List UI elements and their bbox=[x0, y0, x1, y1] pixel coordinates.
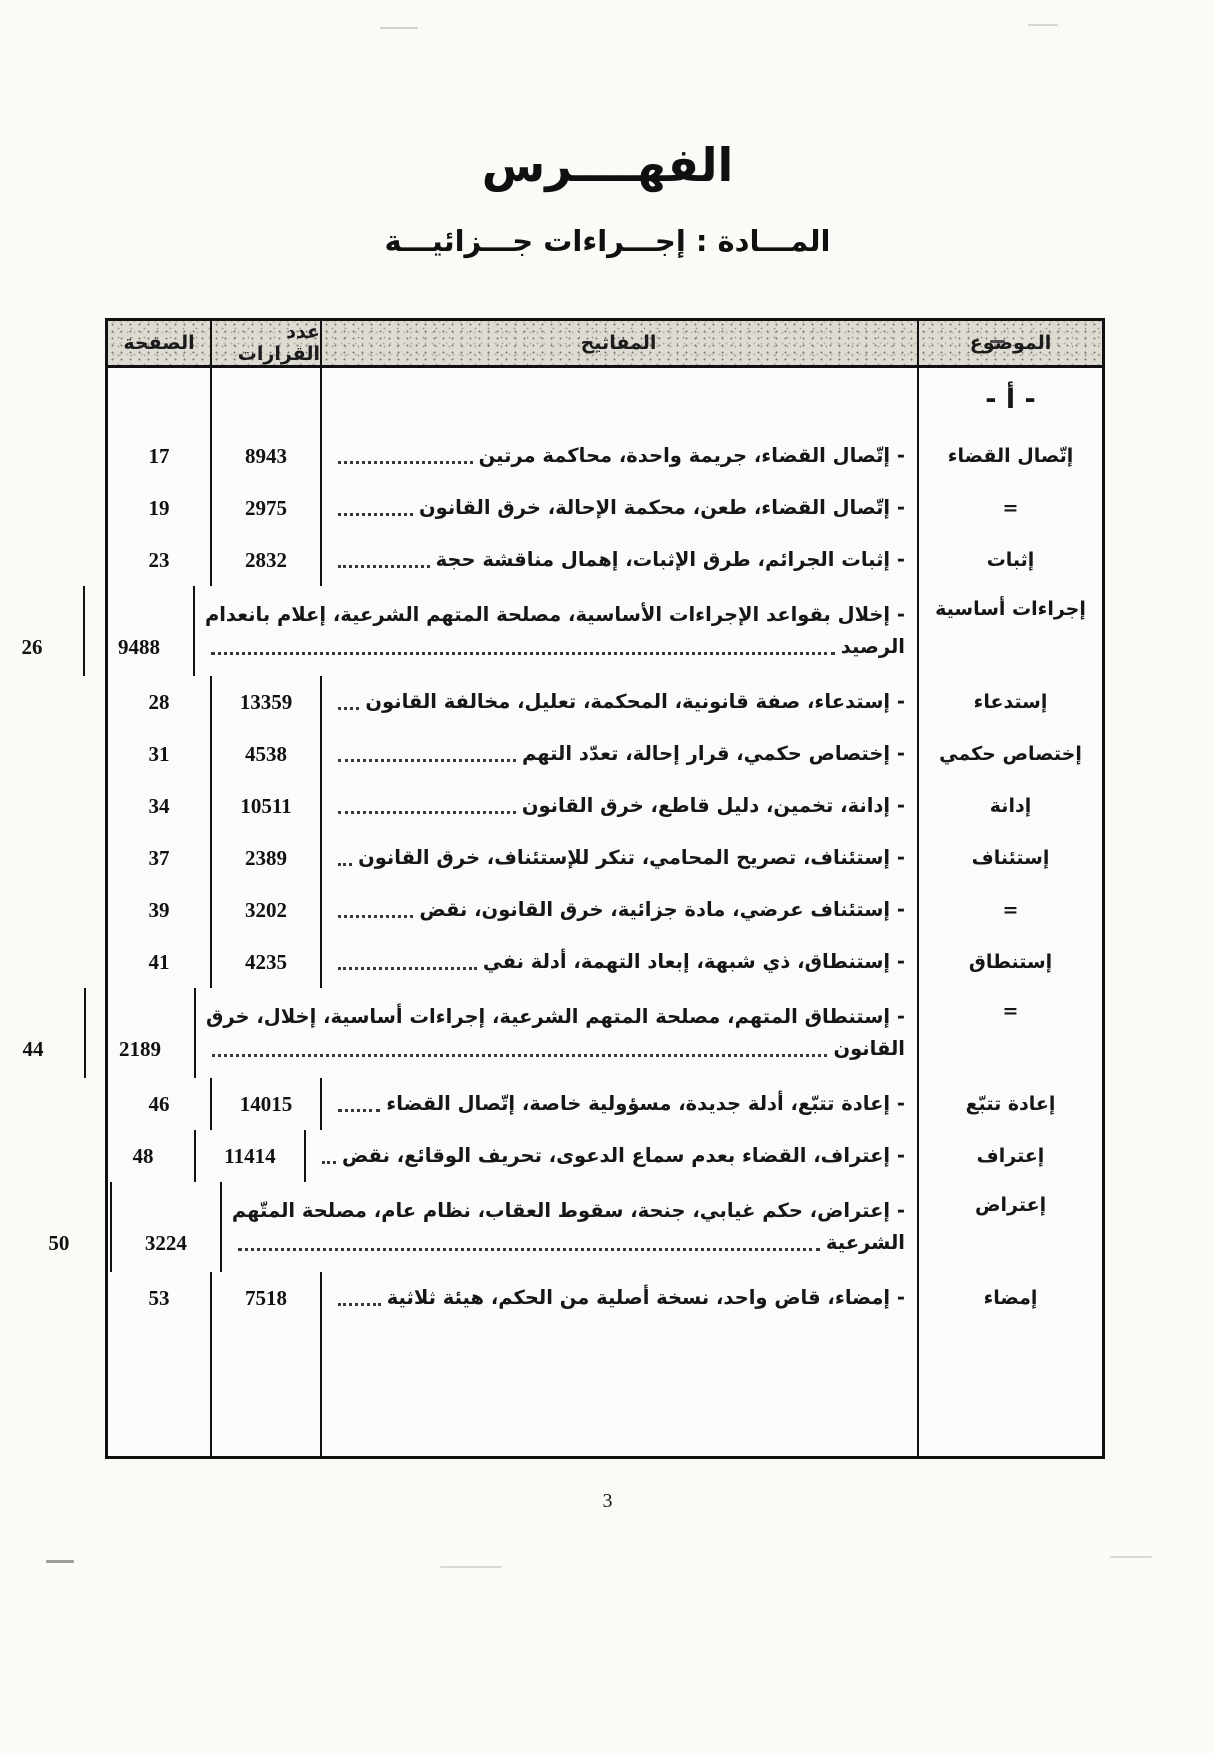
keys-line: - إتّصال القضاء، جريمة واحدة، محاكمة مرت… bbox=[332, 441, 905, 471]
table-row: إستنطاق- إستنطاق، ذي شبهة، إبعاد التهمة،… bbox=[108, 936, 1102, 988]
dot-leader bbox=[212, 1054, 827, 1057]
dot-leader bbox=[338, 565, 430, 568]
table-row: إتّصال القضاء- إتّصال القضاء، جريمة واحد… bbox=[108, 430, 1102, 482]
header-subject: الموضوع bbox=[917, 321, 1102, 365]
table-row: إدانة- إدانة، تخمين، دليل قاطع، خرق القا… bbox=[108, 780, 1102, 832]
decisions-count: 10511 bbox=[210, 780, 320, 832]
empty-cell bbox=[108, 1324, 210, 1456]
dot-leader bbox=[338, 863, 352, 866]
keys-cell: - إعتراف، القضاء بعدم سماع الدعوى، تحريف… bbox=[304, 1130, 917, 1182]
table-row: إعادة تتبّع- إعادة تتبّع، أدلة جديدة، مس… bbox=[108, 1078, 1102, 1130]
page-ref: 26 bbox=[0, 586, 83, 676]
subject-cell: = bbox=[917, 482, 1102, 534]
table-body: - أ - إتّصال القضاء- إتّصال القضاء، جريم… bbox=[108, 368, 1102, 1324]
keys-text: - إختصاص حكمي، قرار إحالة، تعدّد التهم bbox=[522, 739, 905, 769]
subject-cell: إمضاء bbox=[917, 1272, 1102, 1324]
scan-artifact bbox=[990, 340, 1005, 343]
keys-text: - إخلال بقواعد الإجراءات الأساسية، مصلحة… bbox=[205, 600, 905, 630]
page-ref: 17 bbox=[108, 430, 210, 482]
page-ref: 34 bbox=[108, 780, 210, 832]
decisions-count: 3202 bbox=[210, 884, 320, 936]
decisions-count: 13359 bbox=[210, 676, 320, 728]
table-row: إمضاء- إمضاء، قاض واحد، نسخة أصلية من ال… bbox=[108, 1272, 1102, 1324]
keys-text: - إستنطاق المتهم، مصلحة المتهم الشرعية، … bbox=[206, 1002, 905, 1032]
page-number: 3 bbox=[0, 1490, 1215, 1513]
page-ref: 53 bbox=[108, 1272, 210, 1324]
subject-cell: إجراءات أساسية bbox=[917, 586, 1102, 676]
keys-text: - إتّصال القضاء، جريمة واحدة، محاكمة مرت… bbox=[479, 441, 905, 471]
keys-cell: - إعادة تتبّع، أدلة جديدة، مسؤولية خاصة،… bbox=[320, 1078, 917, 1130]
table-row: إعتراف- إعتراف، القضاء بعدم سماع الدعوى،… bbox=[108, 1130, 1102, 1182]
keys-text: - إعادة تتبّع، أدلة جديدة، مسؤولية خاصة،… bbox=[386, 1089, 905, 1119]
table-row: =- إستنطاق المتهم، مصلحة المتهم الشرعية،… bbox=[108, 988, 1102, 1078]
keys-cell: - إتّصال القضاء، جريمة واحدة، محاكمة مرت… bbox=[320, 430, 917, 482]
keys-cell: - إثبات الجرائم، طرق الإثبات، إهمال مناق… bbox=[320, 534, 917, 586]
subject-cell: إستنطاق bbox=[917, 936, 1102, 988]
dot-leader bbox=[338, 1109, 380, 1112]
dot-leader bbox=[338, 915, 413, 918]
page-ref: 23 bbox=[108, 534, 210, 586]
page-ref: 44 bbox=[0, 988, 84, 1078]
page-ref: 19 bbox=[108, 482, 210, 534]
header-decisions: عدد القرارات bbox=[210, 321, 320, 365]
scan-artifact bbox=[440, 1566, 502, 1568]
empty-cell bbox=[210, 368, 320, 430]
subject-cell: = bbox=[917, 884, 1102, 936]
empty-cell bbox=[320, 1324, 917, 1456]
decisions-count: 3224 bbox=[110, 1182, 220, 1272]
subject-cell: إدانة bbox=[917, 780, 1102, 832]
table-row: إستدعاء- إستدعاء، صفة قانونية، المحكمة، … bbox=[108, 676, 1102, 728]
page-ref: 37 bbox=[108, 832, 210, 884]
keys-line: - إعتراض، حكم غيابي، جنحة، سقوط العقاب، … bbox=[232, 1196, 905, 1226]
page-ref: 48 bbox=[92, 1130, 194, 1182]
scan-artifact bbox=[1028, 24, 1058, 26]
dot-leader bbox=[338, 811, 516, 814]
subject-cell: = bbox=[917, 988, 1102, 1078]
keys-text: - إمضاء، قاض واحد، نسخة أصلية من الحكم، … bbox=[387, 1283, 905, 1313]
dot-leader bbox=[338, 967, 477, 970]
dot-leader bbox=[211, 652, 835, 655]
decisions-count: 2189 bbox=[84, 988, 194, 1078]
keys-line: - إعادة تتبّع، أدلة جديدة، مسؤولية خاصة،… bbox=[332, 1089, 905, 1119]
scan-artifact bbox=[1110, 1556, 1152, 1558]
page-ref: 50 bbox=[8, 1182, 110, 1272]
keys-text: - إتّصال القضاء، طعن، محكمة الإحالة، خرق… bbox=[419, 493, 905, 523]
decisions-count: 2832 bbox=[210, 534, 320, 586]
decisions-count: 7518 bbox=[210, 1272, 320, 1324]
subject-cell: إستئناف bbox=[917, 832, 1102, 884]
keys-line: - إستئناف، تصريح المحامي، تنكر للإستئناف… bbox=[332, 843, 905, 873]
page-subtitle: المـــادة : إجـــراءات جـــزائيـــة bbox=[0, 224, 1215, 258]
keys-line: الشرعية bbox=[232, 1228, 905, 1258]
decisions-count: 4538 bbox=[210, 728, 320, 780]
keys-cell: - إستنطاق المتهم، مصلحة المتهم الشرعية، … bbox=[194, 988, 917, 1078]
table-row: =- إستئناف عرضي، مادة جزائية، خرق القانو… bbox=[108, 884, 1102, 936]
decisions-count: 2389 bbox=[210, 832, 320, 884]
keys-cell: - إدانة، تخمين، دليل قاطع، خرق القانون bbox=[320, 780, 917, 832]
keys-text: - إستنطاق، ذي شبهة، إبعاد التهمة، أدلة ن… bbox=[483, 947, 905, 977]
header-keys: المفاتيح bbox=[320, 321, 917, 365]
dot-leader bbox=[238, 1248, 820, 1251]
subject-cell: إتّصال القضاء bbox=[917, 430, 1102, 482]
keys-text: - إستئناف عرضي، مادة جزائية، خرق القانون… bbox=[419, 895, 905, 925]
dot-leader bbox=[338, 759, 516, 762]
scan-artifact bbox=[46, 1560, 74, 1563]
index-table: الموضوع المفاتيح عدد القرارات الصفحة - أ… bbox=[105, 318, 1105, 1459]
subject-cell: إعتراض bbox=[917, 1182, 1102, 1272]
keys-line: - إستنطاق المتهم، مصلحة المتهم الشرعية، … bbox=[206, 1002, 905, 1032]
keys-text: - إستدعاء، صفة قانونية، المحكمة، تعليل، … bbox=[365, 687, 905, 717]
scanned-document-page: { "colors": { "ink": "#161616", "paper":… bbox=[0, 0, 1215, 1753]
keys-cell: - إستدعاء، صفة قانونية، المحكمة، تعليل، … bbox=[320, 676, 917, 728]
keys-line: - إتّصال القضاء، طعن، محكمة الإحالة، خرق… bbox=[332, 493, 905, 523]
page-ref: 28 bbox=[108, 676, 210, 728]
empty-cell bbox=[917, 1324, 1102, 1456]
decisions-count: 2975 bbox=[210, 482, 320, 534]
dot-leader bbox=[338, 513, 413, 516]
keys-text: - إستئناف، تصريح المحامي، تنكر للإستئناف… bbox=[358, 843, 905, 873]
keys-text: الرصيد bbox=[841, 632, 905, 662]
empty-cell bbox=[320, 368, 917, 430]
subject-cell: إختصاص حكمي bbox=[917, 728, 1102, 780]
keys-text: - إثبات الجرائم، طرق الإثبات، إهمال مناق… bbox=[436, 545, 905, 575]
table-filler-row bbox=[108, 1324, 1102, 1456]
section-row: - أ - bbox=[108, 368, 1102, 430]
section-label: - أ - bbox=[917, 368, 1102, 430]
keys-cell: - إعتراض، حكم غيابي، جنحة، سقوط العقاب، … bbox=[220, 1182, 917, 1272]
keys-text: - إعتراض، حكم غيابي، جنحة، سقوط العقاب، … bbox=[232, 1196, 905, 1226]
keys-line: القانون bbox=[206, 1034, 905, 1064]
keys-line: - إثبات الجرائم، طرق الإثبات، إهمال مناق… bbox=[332, 545, 905, 575]
keys-line: - إختصاص حكمي، قرار إحالة، تعدّد التهم bbox=[332, 739, 905, 769]
decisions-count: 8943 bbox=[210, 430, 320, 482]
table-row: إعتراض- إعتراض، حكم غيابي، جنحة، سقوط ال… bbox=[108, 1182, 1102, 1272]
keys-line: - إستئناف عرضي، مادة جزائية، خرق القانون… bbox=[332, 895, 905, 925]
dot-leader bbox=[322, 1161, 336, 1164]
empty-cell bbox=[108, 368, 210, 430]
page-title: الفهــــرس bbox=[0, 138, 1215, 192]
keys-cell: - إستنطاق، ذي شبهة، إبعاد التهمة، أدلة ن… bbox=[320, 936, 917, 988]
table-row: إثبات- إثبات الجرائم، طرق الإثبات، إهمال… bbox=[108, 534, 1102, 586]
table-row: =- إتّصال القضاء، طعن، محكمة الإحالة، خر… bbox=[108, 482, 1102, 534]
keys-text: - إعتراف، القضاء بعدم سماع الدعوى، تحريف… bbox=[342, 1141, 905, 1171]
table-header-row: الموضوع المفاتيح عدد القرارات الصفحة bbox=[108, 321, 1102, 368]
keys-cell: - إخلال بقواعد الإجراءات الأساسية، مصلحة… bbox=[193, 586, 917, 676]
subject-cell: إستدعاء bbox=[917, 676, 1102, 728]
page-ref: 41 bbox=[108, 936, 210, 988]
decisions-count: 11414 bbox=[194, 1130, 304, 1182]
keys-line: الرصيد bbox=[205, 632, 905, 662]
empty-cell bbox=[210, 1324, 320, 1456]
dot-leader bbox=[338, 1303, 381, 1306]
keys-text: الشرعية bbox=[826, 1228, 905, 1258]
keys-line: - إدانة، تخمين، دليل قاطع، خرق القانون bbox=[332, 791, 905, 821]
page-ref: 31 bbox=[108, 728, 210, 780]
subject-cell: إعادة تتبّع bbox=[917, 1078, 1102, 1130]
keys-line: - إستدعاء، صفة قانونية، المحكمة، تعليل، … bbox=[332, 687, 905, 717]
decisions-count: 4235 bbox=[210, 936, 320, 988]
keys-line: - إخلال بقواعد الإجراءات الأساسية، مصلحة… bbox=[205, 600, 905, 630]
keys-text: القانون bbox=[833, 1034, 905, 1064]
keys-cell: - إتّصال القضاء، طعن، محكمة الإحالة، خرق… bbox=[320, 482, 917, 534]
scan-artifact bbox=[380, 27, 418, 29]
decisions-count: 9488 bbox=[83, 586, 193, 676]
keys-text: - إدانة، تخمين، دليل قاطع، خرق القانون bbox=[522, 791, 905, 821]
table-row: إجراءات أساسية- إخلال بقواعد الإجراءات ا… bbox=[108, 586, 1102, 676]
table-row: إختصاص حكمي- إختصاص حكمي، قرار إحالة، تع… bbox=[108, 728, 1102, 780]
subject-cell: إعتراف bbox=[917, 1130, 1102, 1182]
keys-line: - إستنطاق، ذي شبهة، إبعاد التهمة، أدلة ن… bbox=[332, 947, 905, 977]
header-page: الصفحة bbox=[108, 321, 210, 365]
keys-cell: - إمضاء، قاض واحد، نسخة أصلية من الحكم، … bbox=[320, 1272, 917, 1324]
keys-line: - إمضاء، قاض واحد، نسخة أصلية من الحكم، … bbox=[332, 1283, 905, 1313]
table-row: إستئناف- إستئناف، تصريح المحامي، تنكر لل… bbox=[108, 832, 1102, 884]
page-ref: 39 bbox=[108, 884, 210, 936]
subject-cell: إثبات bbox=[917, 534, 1102, 586]
decisions-count: 14015 bbox=[210, 1078, 320, 1130]
dot-leader bbox=[338, 707, 359, 710]
keys-cell: - إختصاص حكمي، قرار إحالة، تعدّد التهم bbox=[320, 728, 917, 780]
keys-cell: - إستئناف عرضي، مادة جزائية، خرق القانون… bbox=[320, 884, 917, 936]
page-ref: 46 bbox=[108, 1078, 210, 1130]
keys-cell: - إستئناف، تصريح المحامي، تنكر للإستئناف… bbox=[320, 832, 917, 884]
keys-line: - إعتراف، القضاء بعدم سماع الدعوى، تحريف… bbox=[316, 1141, 905, 1171]
dot-leader bbox=[338, 461, 473, 464]
